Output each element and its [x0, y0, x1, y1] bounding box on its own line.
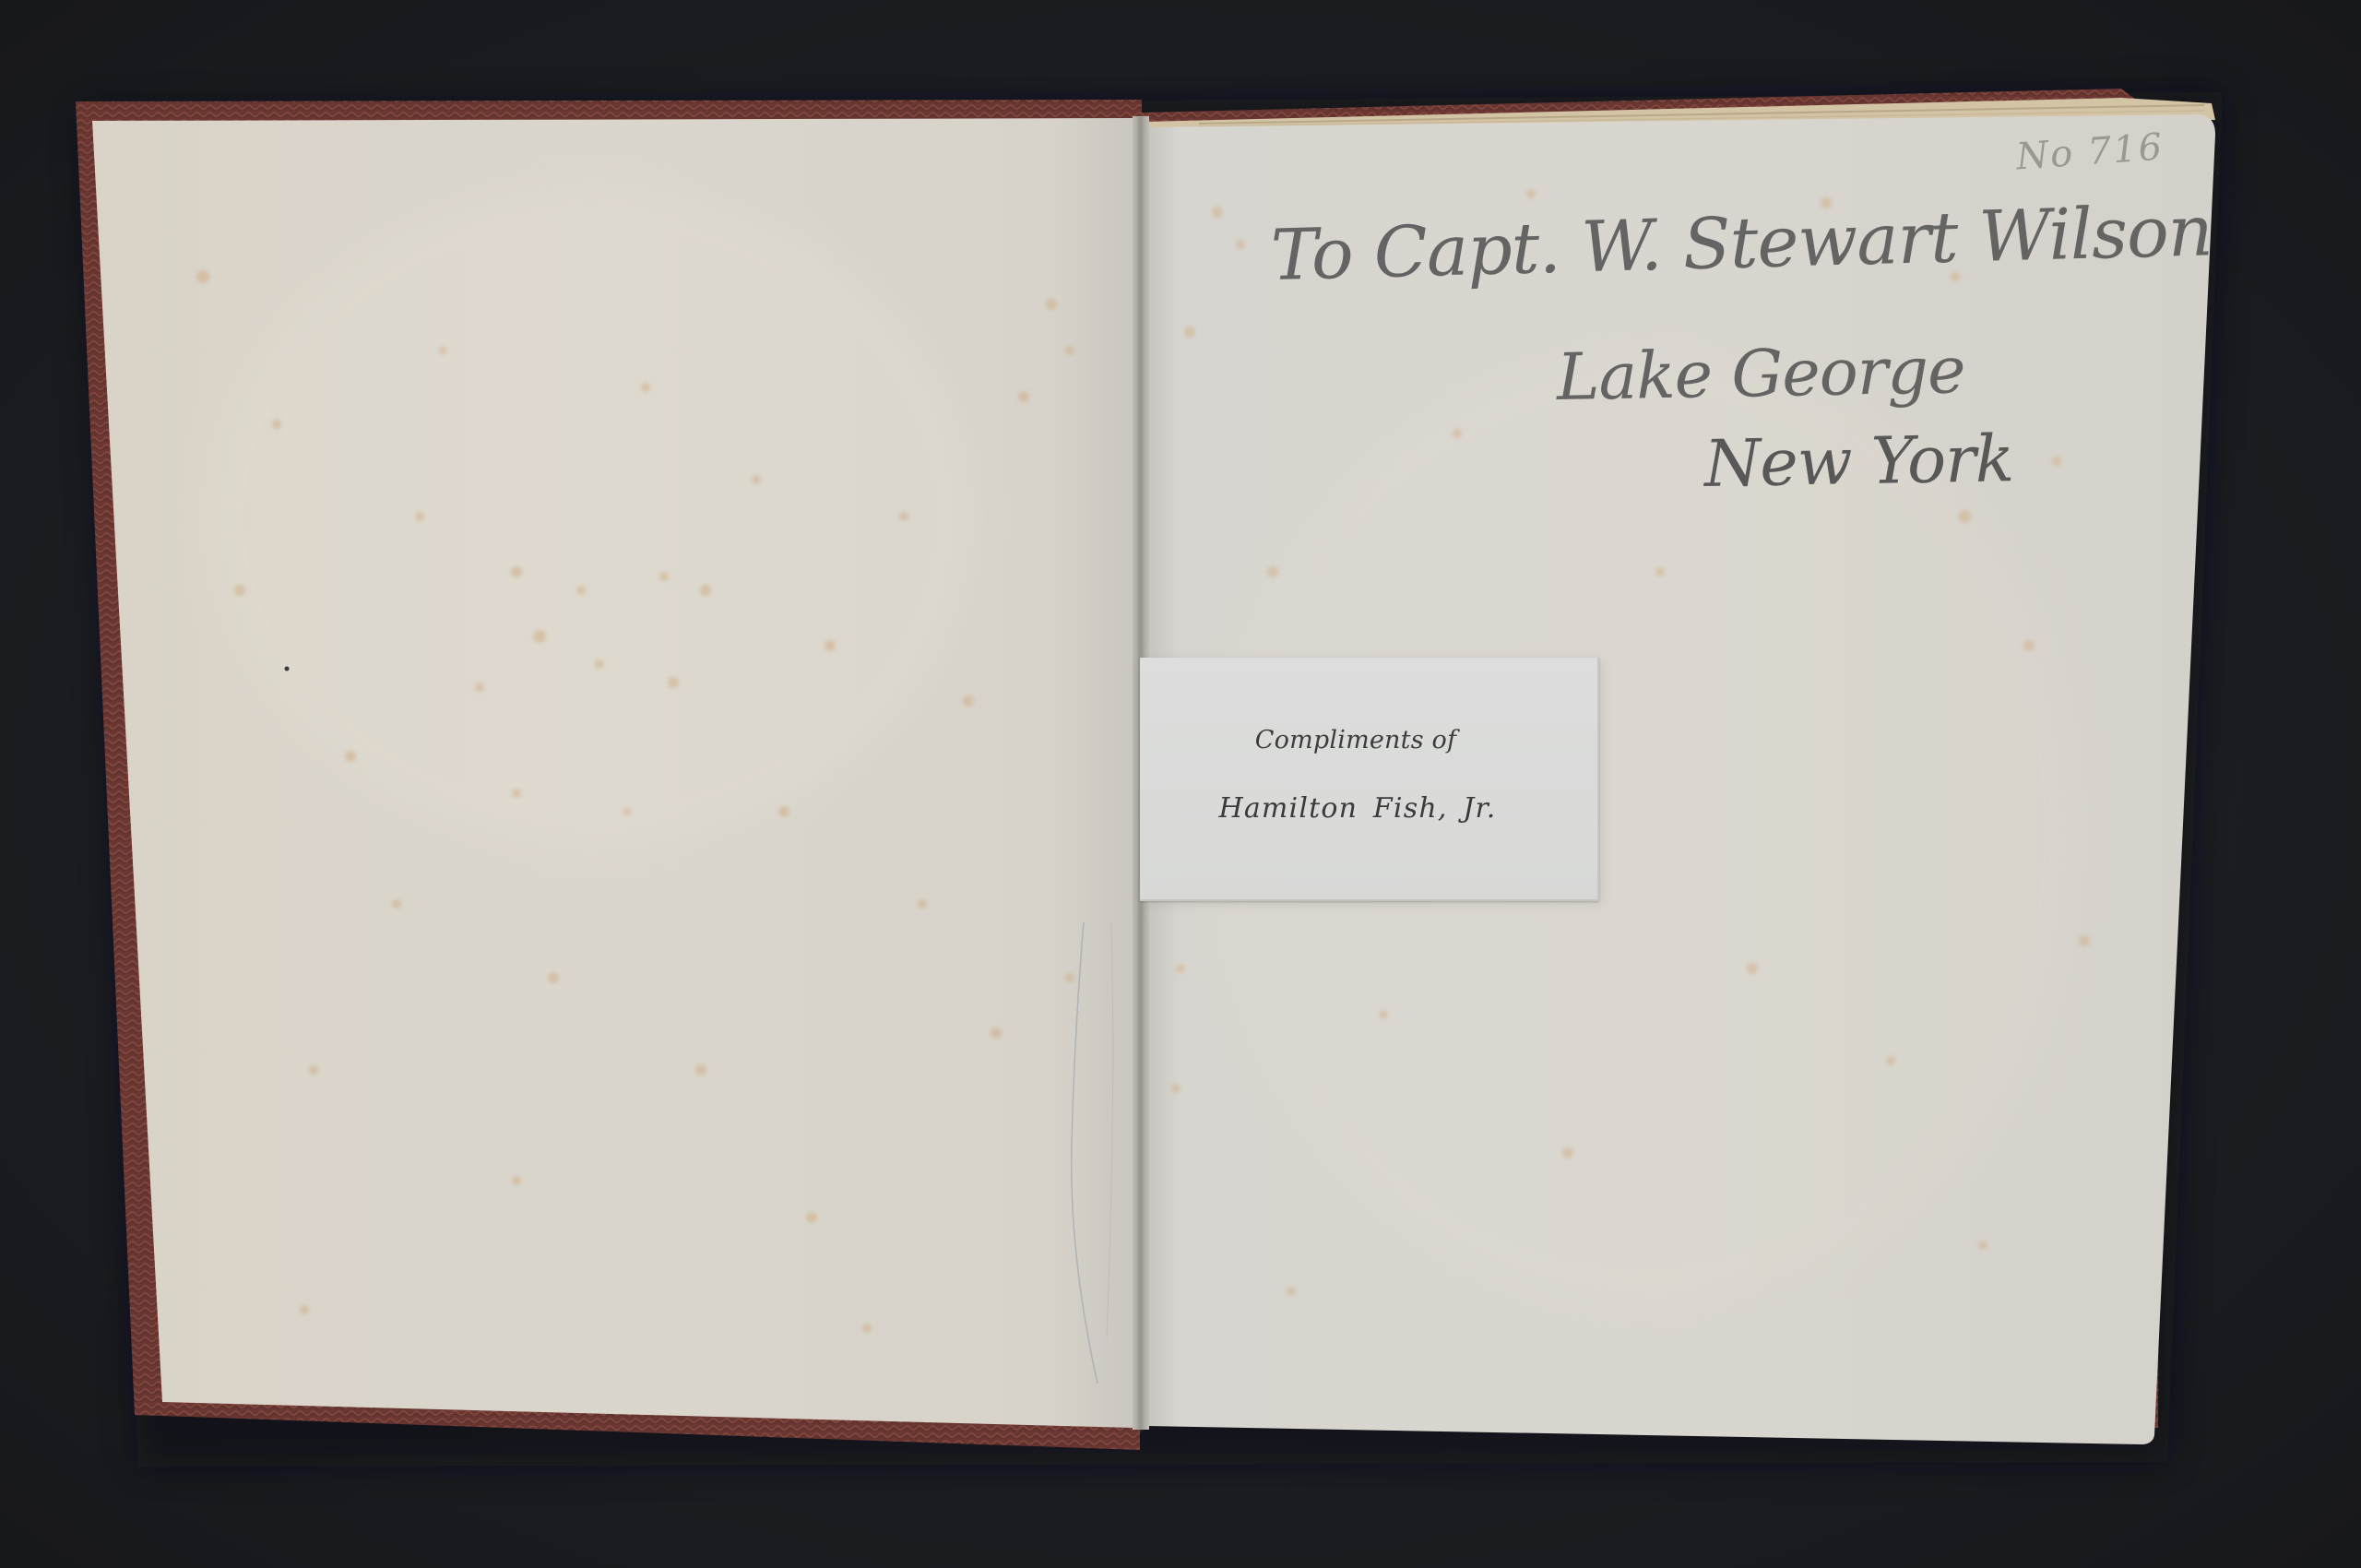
card-name-text: Hamilton Fish, Jr.	[1129, 792, 1586, 825]
card-compliments-text: Compliments of	[1127, 726, 1584, 754]
photo-scene: Compliments of Hamilton Fish, Jr. To Cap…	[0, 0, 2361, 1568]
paper-speck	[285, 667, 290, 671]
inscription-line-state: New York	[1703, 421, 2013, 502]
compliments-card: Compliments of Hamilton Fish, Jr.	[1140, 658, 1599, 901]
inscription-line-place: Lake George	[1556, 332, 1965, 415]
